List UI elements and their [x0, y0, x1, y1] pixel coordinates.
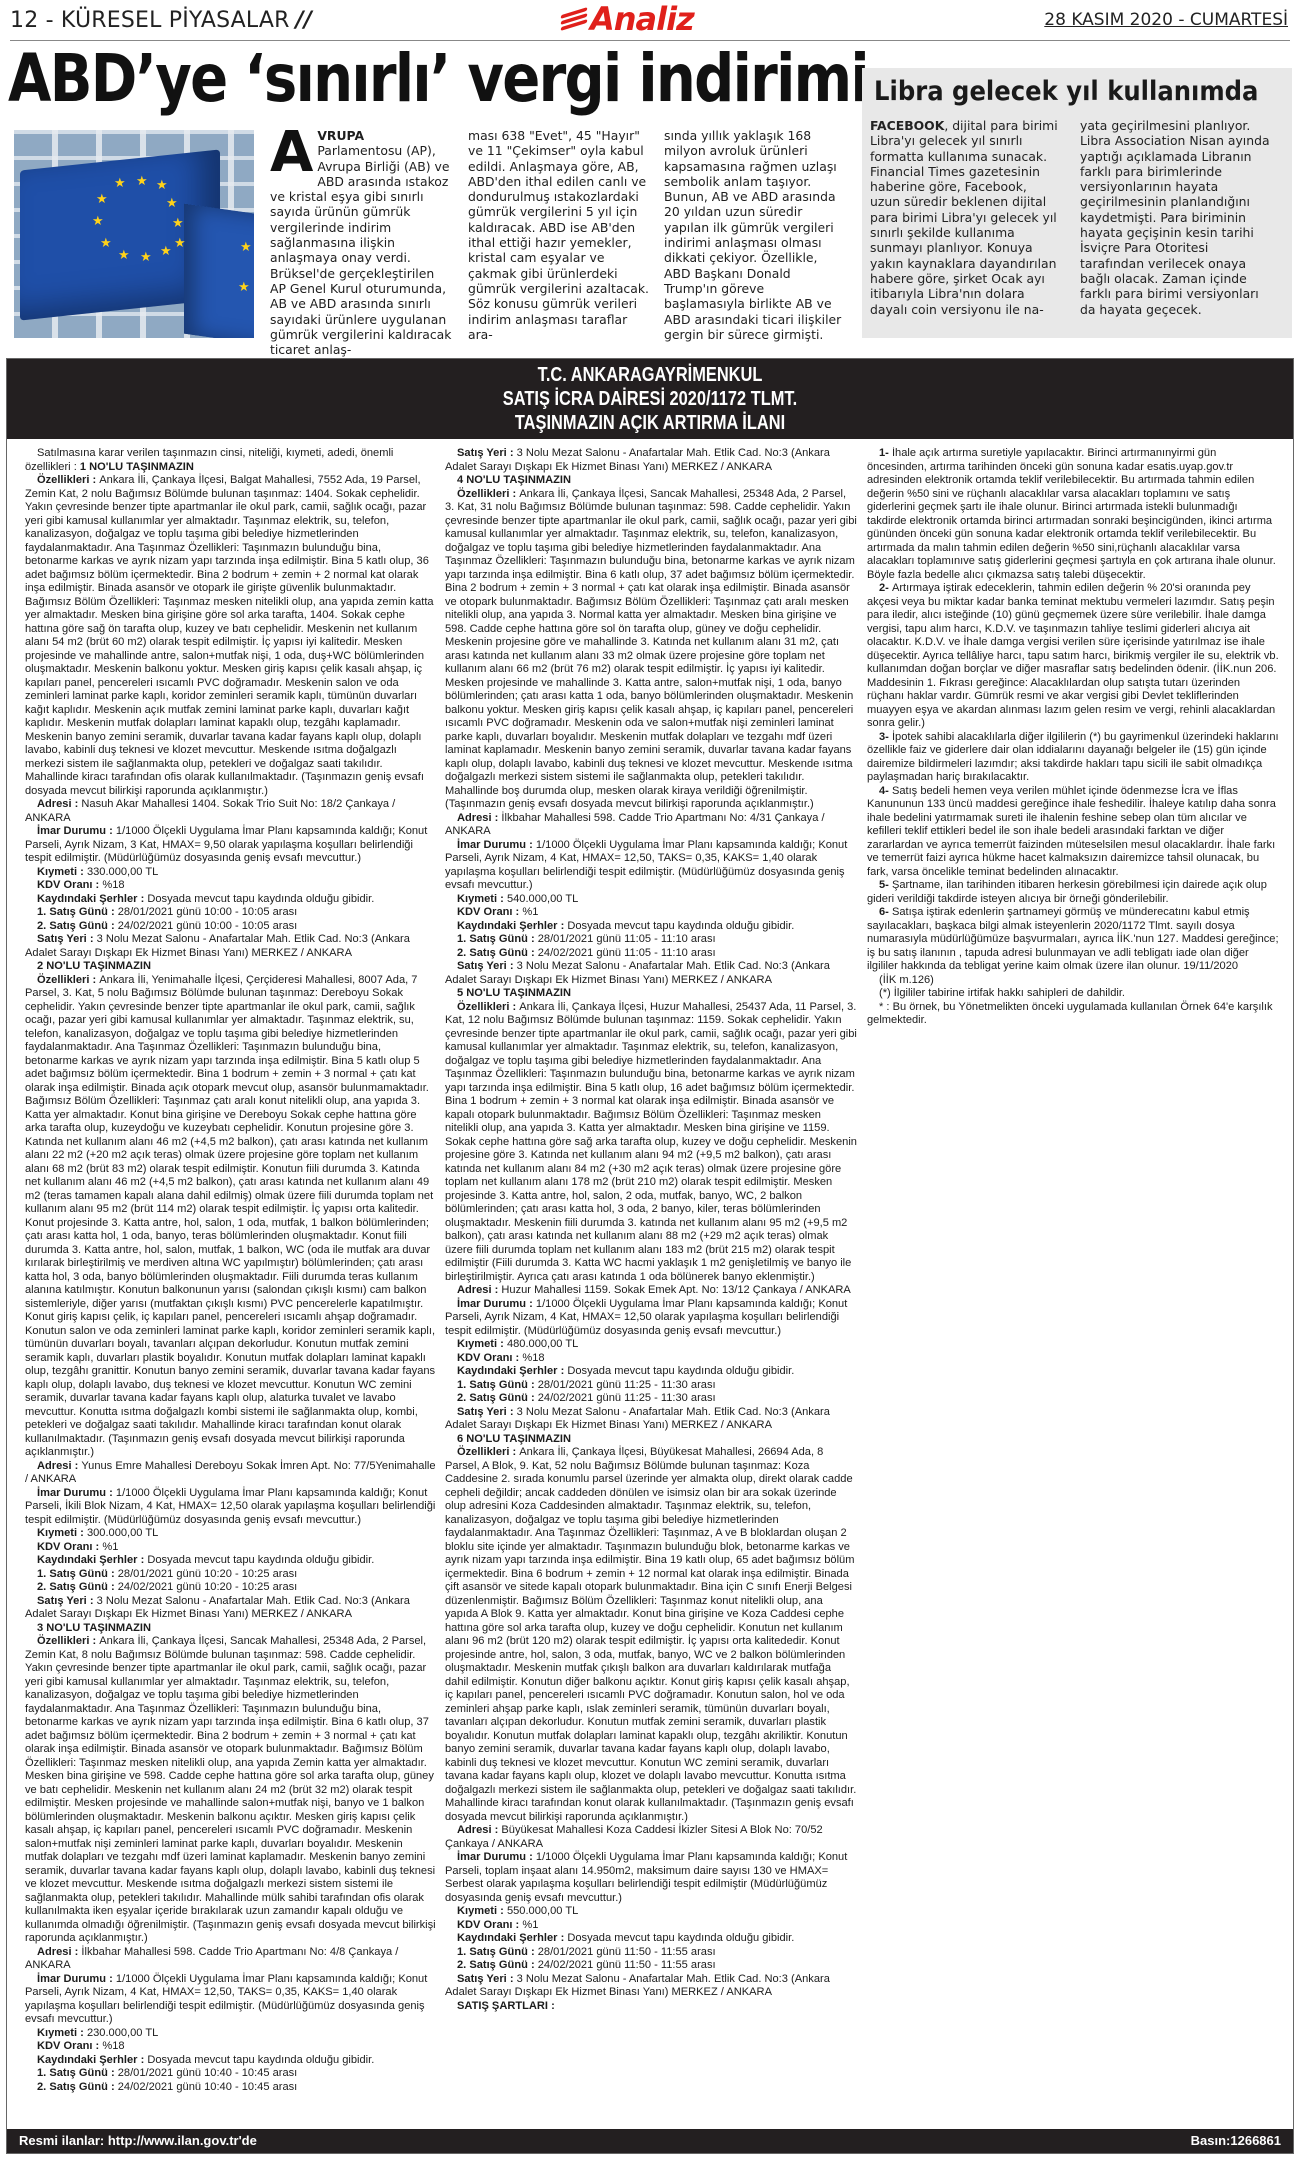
- vat-rate-value: %1: [102, 1541, 118, 1553]
- property-value-value: 480.000,00 TL: [507, 1338, 578, 1350]
- vat-rate-value: %18: [522, 1352, 544, 1364]
- property-address: Adresi : Huzur Mahallesi 1159. Sokak Eme…: [445, 1284, 857, 1298]
- property-address: Adresi : Büyükesat Mahallesi Koza Caddes…: [445, 1824, 857, 1851]
- registry-annotations: Kaydındaki Şerhler : Dosyada mevcut tapu…: [445, 1932, 857, 1946]
- first-sale-date-value: 28/01/2021 günü 11:05 - 11:10 arası: [538, 933, 716, 945]
- registry-annotations-label: Kaydındaki Şerhler :: [37, 893, 147, 905]
- vat-rate-value: %18: [102, 2040, 124, 2052]
- zoning-status-label: İmar Durumu :: [37, 825, 116, 837]
- sale-condition-item-label: 6-: [879, 906, 892, 918]
- sale-location: Satış Yeri : 3 Nolu Mezat Salonu - Anafa…: [445, 960, 857, 987]
- property-features-label: Özellikleri :: [37, 1635, 99, 1647]
- section-label: 12 - KÜRESEL PİYASALAR//: [10, 8, 312, 33]
- sale-location-label: Satış Yeri :: [457, 1973, 517, 1985]
- property-heading: 6 NO'LU TAŞINMAZIN: [445, 1433, 857, 1447]
- vat-rate-value: %1: [522, 906, 538, 918]
- page-masthead: 12 - KÜRESEL PİYASALAR// Analiz 28 KASIM…: [0, 0, 1300, 42]
- star-icon: ★: [174, 236, 186, 249]
- second-sale-date-value: 24/02/2021 günü 10:00 - 10:05 arası: [118, 920, 298, 932]
- registry-annotations-label: Kaydındaki Şerhler :: [457, 1932, 567, 1944]
- sale-location-label: Satış Yeri :: [457, 1406, 517, 1418]
- sale-condition-item-label: 2-: [879, 582, 892, 594]
- star-icon: ★: [172, 216, 184, 229]
- first-sale-date-value: 28/01/2021 günü 11:25 - 11:30 arası: [538, 1379, 716, 1391]
- property-value-label: Kıymeti :: [37, 2027, 87, 2039]
- property-heading: 5 NO'LU TAŞINMAZIN: [445, 987, 857, 1001]
- second-sale-date-label: 2. Satış Günü :: [37, 1581, 118, 1593]
- second-sale-date-label: 2. Satış Günü :: [457, 1392, 538, 1404]
- registry-annotations-value: Dosyada mevcut tapu kaydında olduğu gibi…: [567, 920, 794, 932]
- notice-intro: Satılmasına karar verilen taşınmazın cin…: [25, 447, 437, 474]
- property-features: Özellikleri : Ankara İli, Çankaya İlçesi…: [25, 1635, 437, 1946]
- sale-location-label: Satış Yeri :: [37, 933, 97, 945]
- registry-annotations-label: Kaydındaki Şerhler :: [37, 1554, 147, 1566]
- star-icon: ★: [160, 244, 172, 257]
- article-column-1: AVRUPA Parlamentosu (AP), Avrupa Birliği…: [270, 128, 452, 357]
- vat-rate-label: KDV Oranı :: [37, 2040, 102, 2052]
- first-sale-date-label: 1. Satış Günü :: [457, 1946, 538, 1958]
- sidebar-column-1: FACEBOOK, dijital para birimi Libra'yı g…: [870, 118, 1060, 317]
- vat-rate-value: %1: [522, 1919, 538, 1931]
- property-value: Kıymeti : 540.000,00 TL: [445, 893, 857, 907]
- sale-location: Satış Yeri : 3 Nolu Mezat Salonu - Anafa…: [445, 447, 857, 474]
- vat-rate: KDV Oranı : %18: [25, 2040, 437, 2054]
- property-address-value: İlkbahar Mahallesi 598. Cadde Trio Apart…: [445, 812, 825, 838]
- star-icon: ★: [140, 250, 152, 263]
- property-address: Adresi : İlkbahar Mahallesi 598. Cadde T…: [25, 1946, 437, 1973]
- registry-annotations-value: Dosyada mevcut tapu kaydında olduğu gibi…: [567, 1932, 794, 1944]
- star-icon: ★: [92, 214, 104, 227]
- first-sale-date-label: 1. Satış Günü :: [37, 2067, 118, 2079]
- second-sale-date: 2. Satış Günü : 24/02/2021 günü 11:50 - …: [445, 1959, 857, 1973]
- property-value: Kıymeti : 300.000,00 TL: [25, 1527, 437, 1541]
- property-features-value: Ankara İli, Çankaya İlçesi, Sancak Mahal…: [25, 1635, 436, 1944]
- zoning-status: İmar Durumu : 1/1000 Ölçekli Uygulama İm…: [25, 1973, 437, 2027]
- property-value-label: Kıymeti :: [457, 1338, 507, 1350]
- sale-condition-item-label: 3-: [879, 731, 892, 743]
- registry-annotations: Kaydındaki Şerhler : Dosyada mevcut tapu…: [445, 1365, 857, 1379]
- property-address-value: Yunus Emre Mahallesi Dereboyu Sokak İmre…: [25, 1460, 436, 1486]
- vat-rate: KDV Oranı : %18: [25, 879, 437, 893]
- second-sale-date: 2. Satış Günü : 24/02/2021 günü 10:20 - …: [25, 1581, 437, 1595]
- sale-location: Satış Yeri : 3 Nolu Mezat Salonu - Anafa…: [445, 1973, 857, 2000]
- property-address-value: Nasuh Akar Mahallesi 1404. Sokak Trio Su…: [25, 798, 395, 824]
- zoning-status-label: İmar Durumu :: [457, 839, 536, 851]
- zoning-status-label: İmar Durumu :: [37, 1487, 116, 1499]
- property-heading: 4 NO'LU TAŞINMAZIN: [445, 474, 857, 488]
- property-address-label: Adresi :: [37, 798, 81, 810]
- star-icon: ★: [238, 280, 250, 293]
- property-value-value: 330.000,00 TL: [87, 866, 158, 878]
- property-features-value: Ankara İli, Çankaya İlçesi, Büyükesat Ma…: [445, 1446, 856, 1823]
- sale-condition-item-value: Satış bedeli hemen veya verilen mühlet i…: [867, 785, 1276, 878]
- sale-location-label: Satış Yeri :: [37, 1595, 97, 1607]
- star-icon: ★: [240, 240, 252, 253]
- sale-condition-item-label: 4-: [879, 785, 892, 797]
- registry-annotations-label: Kaydındaki Şerhler :: [457, 1365, 567, 1377]
- property-features-value: Ankara İli, Yenimahalle İlçesi, Çerçider…: [25, 974, 435, 1459]
- property-features-value: Ankara İli, Çankaya İlçesi, Balgat Mahal…: [25, 474, 434, 797]
- section-slash-mark: //: [296, 8, 312, 33]
- registry-annotations: Kaydındaki Şerhler : Dosyada mevcut tapu…: [25, 893, 437, 907]
- eu-flag-image-secondary: [184, 204, 254, 338]
- property-value-value: 230.000,00 TL: [87, 2027, 158, 2039]
- second-sale-date: 2. Satış Günü : 24/02/2021 günü 10:40 - …: [25, 2081, 437, 2095]
- star-icon: ★: [118, 248, 130, 261]
- notice-header: T.C. ANKARAGAYRİMENKUL SATIŞ İCRA DAİRES…: [7, 359, 1293, 439]
- sidebar-title: Libra gelecek yıl kullanımda: [874, 76, 1258, 107]
- property-features: Özellikleri : Ankara İli, Çankaya İlçesi…: [445, 1446, 857, 1824]
- property-value-label: Kıymeti :: [457, 893, 507, 905]
- vat-rate-label: KDV Oranı :: [37, 1541, 102, 1553]
- second-sale-date-label: 2. Satış Günü :: [457, 947, 538, 959]
- zoning-status-label: İmar Durumu :: [457, 1851, 536, 1863]
- first-sale-date: 1. Satış Günü : 28/01/2021 günü 10:00 - …: [25, 906, 437, 920]
- property-features-label: Özellikleri :: [37, 474, 99, 486]
- zoning-status: İmar Durumu : 1/1000 Ölçekli Uygulama İm…: [25, 825, 437, 866]
- first-sale-date-label: 1. Satış Günü :: [457, 933, 538, 945]
- property-heading: 1 NO'LU TAŞINMAZIN: [80, 461, 194, 473]
- footnote: * : Bu örnek, bu Yönetmelikten önceki uy…: [867, 1001, 1279, 1028]
- property-heading: 2 NO'LU TAŞINMAZIN: [25, 960, 437, 974]
- logo-swirl-icon: [560, 5, 588, 33]
- star-icon: ★: [156, 178, 168, 191]
- sale-condition-item: 6- Satışa iştirak edenlerin şartnameyi g…: [867, 906, 1279, 974]
- article-photo: ★ ★ ★ ★ ★ ★ ★ ★ ★ ★ ★ ★ ★ ★: [14, 130, 254, 338]
- official-notices-link[interactable]: Resmi ilanlar: http://www.ilan.gov.tr'de: [19, 2129, 257, 2153]
- vat-rate: KDV Oranı : %18: [445, 1352, 857, 1366]
- first-sale-date-value: 28/01/2021 günü 11:50 - 11:55 arası: [538, 1946, 716, 1958]
- first-sale-date: 1. Satış Günü : 28/01/2021 günü 11:25 - …: [445, 1379, 857, 1393]
- registry-annotations: Kaydındaki Şerhler : Dosyada mevcut tapu…: [25, 2054, 437, 2068]
- zoning-status: İmar Durumu : 1/1000 Ölçekli Uygulama İm…: [25, 1487, 437, 1528]
- property-address-label: Adresi :: [37, 1946, 81, 1958]
- first-sale-date: 1. Satış Günü : 28/01/2021 günü 10:40 - …: [25, 2067, 437, 2081]
- drop-cap: A: [270, 130, 313, 176]
- registry-annotations-value: Dosyada mevcut tapu kaydında olduğu gibi…: [147, 1554, 374, 1566]
- sale-condition-item: 4- Satış bedeli hemen veya verilen mühle…: [867, 785, 1279, 880]
- first-sale-date-value: 28/01/2021 günü 10:20 - 10:25 arası: [118, 1568, 298, 1580]
- property-address-label: Adresi :: [457, 812, 501, 824]
- property-features-label: Özellikleri :: [457, 488, 519, 500]
- property-value-value: 300.000,00 TL: [87, 1527, 158, 1539]
- issue-date: 28 KASIM 2020 - CUMARTESİ: [1044, 10, 1288, 30]
- press-code: Basın:1266861: [1191, 2129, 1281, 2153]
- first-sale-date-value: 28/01/2021 günü 10:00 - 10:05 arası: [118, 906, 298, 918]
- second-sale-date: 2. Satış Günü : 24/02/2021 günü 11:05 - …: [445, 947, 857, 961]
- sale-location-label: Satış Yeri :: [457, 960, 517, 972]
- second-sale-date-value: 24/02/2021 günü 10:40 - 10:45 arası: [118, 2081, 298, 2093]
- property-value-value: 540.000,00 TL: [507, 893, 578, 905]
- second-sale-date-label: 2. Satış Günü :: [457, 1959, 538, 1971]
- vat-rate-label: KDV Oranı :: [457, 1919, 522, 1931]
- registry-annotations-value: Dosyada mevcut tapu kaydında olduğu gibi…: [147, 2054, 374, 2066]
- star-icon: ★: [100, 236, 112, 249]
- registry-annotations-value: Dosyada mevcut tapu kaydında olduğu gibi…: [567, 1365, 794, 1377]
- vat-rate: KDV Oranı : %1: [445, 906, 857, 920]
- sale-condition-item: 2- Artırmaya iştirak edeceklerin, tahmin…: [867, 582, 1279, 731]
- first-sale-date: 1. Satış Günü : 28/01/2021 günü 11:05 - …: [445, 933, 857, 947]
- property-value: Kıymeti : 550.000,00 TL: [445, 1905, 857, 1919]
- first-sale-date-label: 1. Satış Günü :: [37, 1568, 118, 1580]
- property-heading: 3 NO'LU TAŞINMAZIN: [25, 1622, 437, 1636]
- sale-condition-item-label: 5-: [879, 879, 892, 891]
- property-value-label: Kıymeti :: [37, 866, 87, 878]
- sale-location-label: Satış Yeri :: [457, 447, 517, 459]
- property-address-value: Büyükesat Mahallesi Koza Caddesi İkizler…: [445, 1824, 823, 1850]
- property-address: Adresi : İlkbahar Mahallesi 598. Cadde T…: [445, 812, 857, 839]
- property-address-label: Adresi :: [457, 1284, 501, 1296]
- second-sale-date-value: 24/02/2021 günü 11:05 - 11:10 arası: [538, 947, 716, 959]
- notice-footer: Resmi ilanlar: http://www.ilan.gov.tr'de…: [7, 2129, 1293, 2153]
- second-sale-date-value: 24/02/2021 günü 11:25 - 11:30 arası: [538, 1392, 716, 1404]
- auction-notice: T.C. ANKARAGAYRİMENKUL SATIŞ İCRA DAİRES…: [6, 358, 1294, 2154]
- zoning-status-label: İmar Durumu :: [457, 1298, 536, 1310]
- vat-rate-value: %18: [102, 879, 124, 891]
- property-address-value: İlkbahar Mahallesi 598. Cadde Trio Apart…: [25, 1946, 398, 1972]
- zoning-status: İmar Durumu : 1/1000 Ölçekli Uygulama İm…: [445, 1298, 857, 1339]
- property-address-label: Adresi :: [457, 1824, 501, 1836]
- property-value: Kıymeti : 480.000,00 TL: [445, 1338, 857, 1352]
- notice-title-line-3: TAŞINMAZIN AÇIK ARTIRMA İLANI: [123, 411, 1178, 435]
- article-headline: ABD’ye ‘sınırlı’ vergi indirimi: [8, 46, 868, 112]
- first-sale-date-label: 1. Satış Günü :: [457, 1379, 538, 1391]
- sale-condition-item-value: İpotek sahibi alacaklılarla diğer ilgili…: [867, 731, 1279, 784]
- sidebar-column-1-text: , dijital para birimi Libra'yı gelecek y…: [870, 118, 1058, 317]
- sale-condition-item: 5- Şartname, ilan tarihinden itibaren he…: [867, 879, 1279, 906]
- second-sale-date-value: 24/02/2021 günü 11:50 - 11:55 arası: [538, 1959, 716, 1971]
- vat-rate-label: KDV Oranı :: [457, 1352, 522, 1364]
- legal-reference: (İİK m.126): [867, 974, 1279, 988]
- registry-annotations: Kaydındaki Şerhler : Dosyada mevcut tapu…: [25, 1554, 437, 1568]
- zoning-status: İmar Durumu : 1/1000 Ölçekli Uygulama İm…: [445, 839, 857, 893]
- property-features-value: Ankara İli, Çankaya İlçesi, Sancak Mahal…: [445, 488, 857, 811]
- footnote: (*) İlgililer tabirine irtifak hakkı sah…: [867, 987, 1279, 1001]
- property-value-value: 550.000,00 TL: [507, 1905, 578, 1917]
- second-sale-date-label: 2. Satış Günü :: [37, 920, 118, 932]
- sale-location: Satış Yeri : 3 Nolu Mezat Salonu - Anafa…: [25, 933, 437, 960]
- sidebar-lead-word: FACEBOOK: [870, 118, 944, 133]
- notice-title-line-2: SATIŞ İCRA DAİRESİ 2020/1172 TLMT.: [123, 387, 1178, 411]
- zoning-status: İmar Durumu : 1/1000 Ölçekli Uygulama İm…: [445, 1851, 857, 1905]
- star-icon: ★: [166, 196, 178, 209]
- property-features-label: Özellikleri :: [457, 1001, 519, 1013]
- section-title: 12 - KÜRESEL PİYASALAR: [10, 8, 290, 33]
- star-icon: ★: [114, 176, 126, 189]
- property-address-value: Huzur Mahallesi 1159. Sokak Emek Apt. No…: [501, 1284, 850, 1296]
- first-sale-date: 1. Satış Günü : 28/01/2021 günü 10:20 - …: [25, 1568, 437, 1582]
- vat-rate: KDV Oranı : %1: [25, 1541, 437, 1555]
- property-value: Kıymeti : 230.000,00 TL: [25, 2027, 437, 2041]
- article-body: AVRUPA Parlamentosu (AP), Avrupa Birliği…: [258, 128, 868, 338]
- property-address-label: Adresi :: [37, 1460, 81, 1472]
- property-features-label: Özellikleri :: [457, 1446, 519, 1458]
- first-sale-date: 1. Satış Günü : 28/01/2021 günü 11:50 - …: [445, 1946, 857, 1960]
- property-address: Adresi : Nasuh Akar Mahallesi 1404. Soka…: [25, 798, 437, 825]
- logo-text: Analiz: [590, 0, 694, 38]
- property-value: Kıymeti : 330.000,00 TL: [25, 866, 437, 880]
- registry-annotations-value: Dosyada mevcut tapu kaydında olduğu gibi…: [147, 893, 374, 905]
- property-features-label: Özellikleri :: [37, 974, 99, 986]
- newspaper-logo: Analiz: [560, 2, 694, 36]
- property-features: Özellikleri : Ankara İli, Çankaya İlçesi…: [445, 488, 857, 812]
- notice-column-3: 1- İhale açık artırma suretiyle yapılaca…: [867, 447, 1279, 2107]
- property-value-label: Kıymeti :: [37, 1527, 87, 1539]
- vat-rate: KDV Oranı : %1: [445, 1919, 857, 1933]
- sale-location: Satış Yeri : 3 Nolu Mezat Salonu - Anafa…: [445, 1406, 857, 1433]
- sale-condition-item-value: İhale açık artırma suretiyle yapılacaktı…: [867, 447, 1276, 581]
- star-icon: ★: [96, 192, 108, 205]
- property-features-value: Ankara İli, Çankaya İlçesi, Huzur Mahall…: [445, 1001, 857, 1283]
- first-sale-date-value: 28/01/2021 günü 10:40 - 10:45 arası: [118, 2067, 298, 2079]
- sale-condition-item-label: 1-: [879, 447, 892, 459]
- sale-conditions-heading: SATIŞ ŞARTLARI :: [445, 2000, 857, 2014]
- notice-column-1: Satılmasına karar verilen taşınmazın cin…: [25, 447, 437, 2107]
- property-value-label: Kıymeti :: [457, 1905, 507, 1917]
- property-features: Özellikleri : Ankara İli, Yenimahalle İl…: [25, 974, 437, 1460]
- property-features: Özellikleri : Ankara İli, Çankaya İlçesi…: [25, 474, 437, 798]
- registry-annotations: Kaydındaki Şerhler : Dosyada mevcut tapu…: [445, 920, 857, 934]
- registry-annotations-label: Kaydındaki Şerhler :: [457, 920, 567, 932]
- sale-condition-item: 3- İpotek sahibi alacaklılarla diğer ilg…: [867, 731, 1279, 785]
- property-address: Adresi : Yunus Emre Mahallesi Dereboyu S…: [25, 1460, 437, 1487]
- sidebar-column-2: yata geçirilmesini planlıyor. Libra Asso…: [1080, 118, 1270, 317]
- lead-word: VRUPA: [317, 128, 364, 143]
- vat-rate-label: KDV Oranı :: [37, 879, 102, 891]
- first-sale-date-label: 1. Satış Günü :: [37, 906, 118, 918]
- star-icon: ★: [136, 174, 148, 187]
- sale-condition-item-value: Artırmaya iştirak edeceklerin, tahmin ed…: [867, 582, 1279, 729]
- notice-title-line-1: T.C. ANKARAGAYRİMENKUL: [123, 363, 1178, 387]
- article-column-2: ması 638 "Evet", 45 "Hayır" ve 11 "Çekim…: [468, 128, 650, 342]
- notice-column-2: Satış Yeri : 3 Nolu Mezat Salonu - Anafa…: [445, 447, 857, 2107]
- vat-rate-label: KDV Oranı :: [457, 906, 522, 918]
- sale-location: Satış Yeri : 3 Nolu Mezat Salonu - Anafa…: [25, 1595, 437, 1622]
- sale-condition-item: 1- İhale açık artırma suretiyle yapılaca…: [867, 447, 1279, 582]
- zoning-status-label: İmar Durumu :: [37, 1973, 116, 1985]
- registry-annotations-label: Kaydındaki Şerhler :: [37, 2054, 147, 2066]
- sidebar-news-box: Libra gelecek yıl kullanımda FACEBOOK, d…: [862, 68, 1292, 338]
- second-sale-date: 2. Satış Günü : 24/02/2021 günü 11:25 - …: [445, 1392, 857, 1406]
- second-sale-date: 2. Satış Günü : 24/02/2021 günü 10:00 - …: [25, 920, 437, 934]
- second-sale-date-value: 24/02/2021 günü 10:20 - 10:25 arası: [118, 1581, 298, 1593]
- property-features: Özellikleri : Ankara İli, Çankaya İlçesi…: [445, 1001, 857, 1285]
- sale-condition-item-value: Şartname, ilan tarihinden itibaren herke…: [867, 879, 1267, 905]
- article-column-3: sında yıllık yaklaşık 168 milyon avroluk…: [664, 128, 846, 342]
- second-sale-date-label: 2. Satış Günü :: [37, 2081, 118, 2093]
- sale-condition-item-value: Satışa iştirak edenlerin şartnameyi görm…: [867, 906, 1279, 972]
